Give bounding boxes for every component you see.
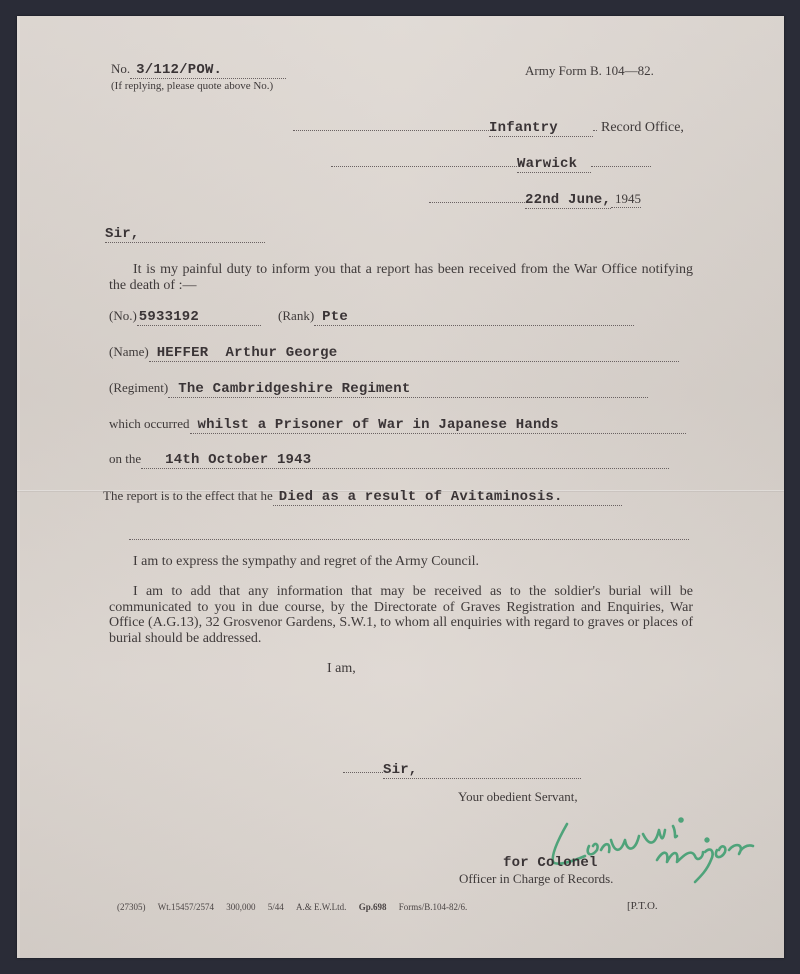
number-label: (No.) — [109, 308, 137, 323]
reference-label: No. — [111, 61, 130, 76]
letter-paper: No.3/112/POW. (If replying, please quote… — [17, 16, 784, 958]
intro-paragraph: It is my painful duty to inform you that… — [109, 262, 693, 293]
name-value: HEFFER Arthur George — [149, 345, 679, 362]
burial-info-paragraph: I am to add that any information that ma… — [109, 584, 693, 646]
occurred-label: which occurred — [109, 416, 190, 431]
field-date-of-death: on the14th October 1943 — [109, 451, 669, 469]
signoff-salutation: Sir, — [383, 762, 581, 779]
occurred-value: whilst a Prisoner of War in Japanese Han… — [190, 417, 686, 434]
field-occurred: which occurredwhilst a Prisoner of War i… — [109, 416, 686, 434]
letter-date: 22nd June,1945 — [429, 190, 641, 209]
closing-line: I am, — [327, 661, 356, 677]
date-of-death-value: 14th October 1943 — [141, 452, 669, 469]
regiment-value: The Cambridgeshire Regiment — [168, 381, 648, 398]
office-branch: Infantry — [489, 120, 593, 137]
office-line: InfantryRecord Office, — [293, 118, 684, 137]
rank-label: (Rank) — [264, 308, 314, 323]
field-name: (Name)HEFFER Arthur George — [109, 344, 679, 362]
field-regiment: (Regiment)The Cambridgeshire Regiment — [109, 380, 648, 398]
field-number-rank: (No.)5933192 (Rank)Pte — [109, 308, 634, 326]
office-location: Warwick — [517, 156, 591, 173]
obedient-servant: Your obedient Servant, — [458, 789, 578, 805]
date-typed: 22nd June, — [525, 192, 611, 209]
effect-label: The report is to the effect that he — [103, 488, 273, 503]
print-code: (27305) — [117, 902, 146, 912]
print-qty: 300,000 — [216, 902, 255, 912]
print-gp: Gp.698 — [349, 902, 387, 912]
date-of-death-label: on the — [109, 451, 141, 466]
paper-edge — [17, 16, 20, 958]
salutation: Sir, — [105, 226, 265, 243]
print-date: 5/44 — [258, 902, 284, 912]
pto-note: [P.T.O. — [627, 900, 658, 912]
date-year: 1945 — [611, 191, 641, 208]
salutation-line: Sir, — [105, 224, 265, 243]
officer-title: Officer in Charge of Records. — [459, 871, 613, 887]
effect-value: Died as a result of Avitaminosis. — [273, 489, 622, 506]
print-forms: Forms/B.104-82/6. — [389, 902, 468, 912]
sympathy-paragraph: I am to express the sympathy and regret … — [109, 554, 693, 570]
reference-value: 3/112/POW. — [130, 62, 286, 79]
reply-note: (If replying, please quote above No.) — [111, 80, 273, 92]
number-value: 5933192 — [137, 309, 261, 326]
reference-number: No.3/112/POW. — [111, 61, 286, 79]
signoff-salutation-line: Sir, — [343, 760, 581, 779]
form-id: Army Form B. 104—82. — [525, 63, 654, 79]
rank-value: Pte — [314, 309, 634, 326]
print-printer: A.& E.W.Ltd. — [286, 902, 346, 912]
office-suffix: Record Office, — [597, 120, 684, 135]
print-wt: Wt.15457/2574 — [148, 902, 214, 912]
name-label: (Name) — [109, 344, 149, 359]
print-footer: (27305) Wt.15457/2574 300,000 5/44 A.& E… — [117, 902, 467, 912]
blank-line — [129, 538, 689, 540]
regiment-label: (Regiment) — [109, 380, 168, 395]
for-colonel: for Colonel — [503, 855, 598, 871]
field-effect: The report is to the effect that heDied … — [103, 488, 622, 506]
office-location-line: Warwick — [331, 154, 651, 173]
